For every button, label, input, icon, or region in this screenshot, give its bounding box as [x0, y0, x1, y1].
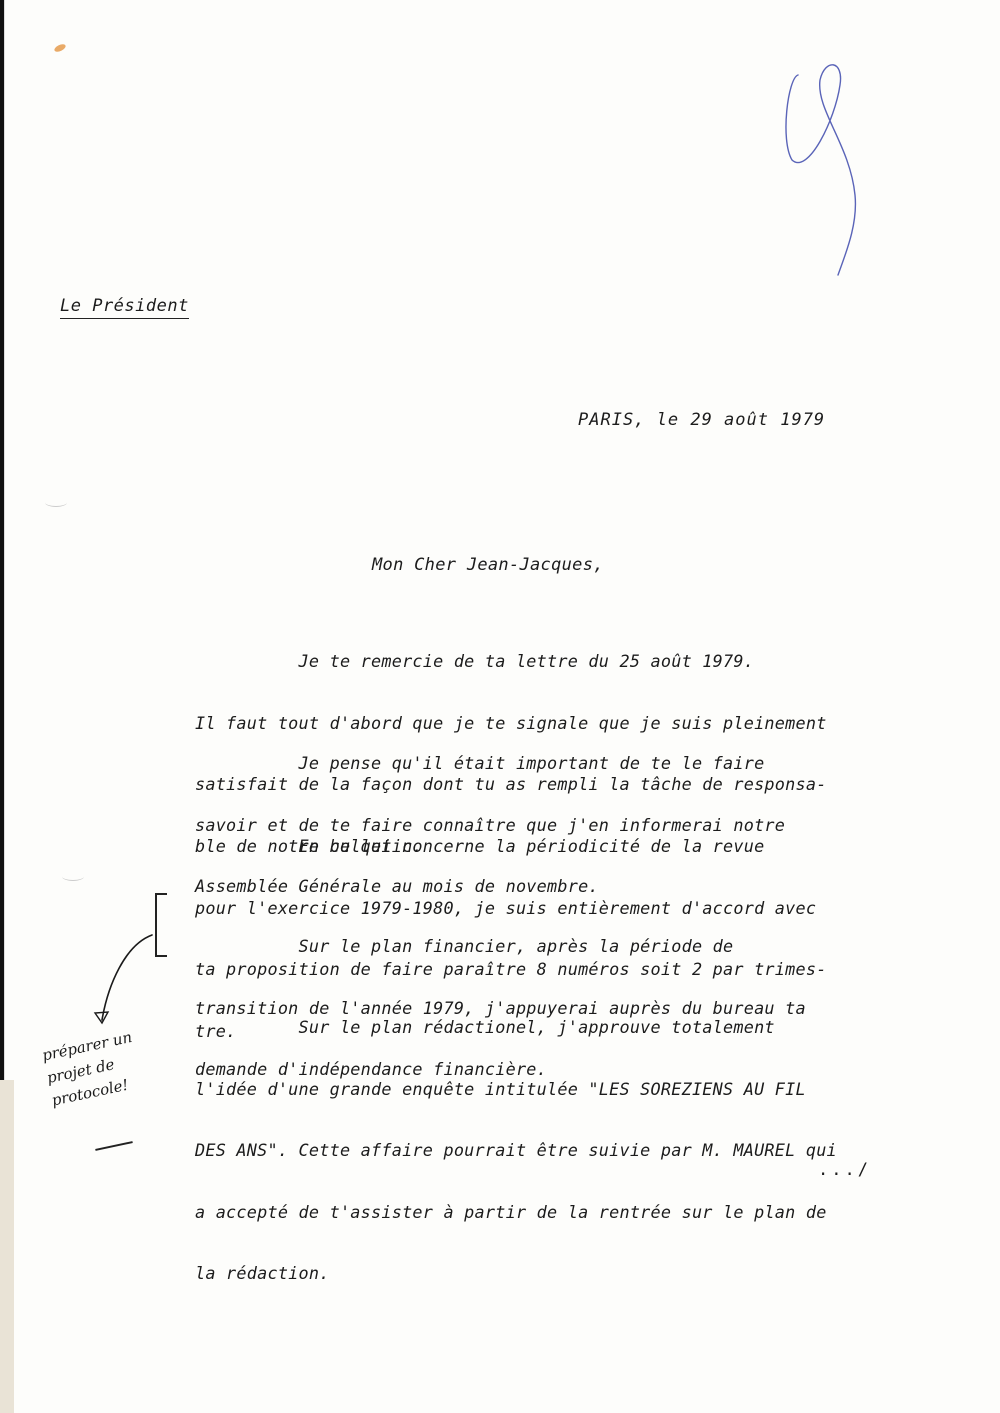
- scan-edge-left-lower: [0, 1080, 14, 1413]
- sender-title: Le Président: [60, 296, 189, 319]
- handwritten-margin-note: préparer un projet de protocole!: [40, 1026, 144, 1113]
- text-line: En ce qui concerne la périodicité de la …: [195, 836, 935, 857]
- text-line: l'idée d'une grande enquête intitulée "L…: [195, 1079, 935, 1100]
- text-line: la rédaction.: [195, 1263, 935, 1284]
- text-line: DES ANS". Cette affaire pourrait être su…: [195, 1140, 935, 1161]
- paragraph-5: Sur le plan rédactionel, j'approuve tota…: [195, 976, 935, 1325]
- text-line: Sur le plan rédactionel, j'approuve tota…: [195, 1017, 935, 1038]
- punch-hole-mark: [62, 872, 84, 881]
- handwritten-arrow-icon: [80, 915, 180, 1025]
- text-line: Sur le plan financier, après la période …: [195, 936, 935, 957]
- letter-page: Le Président PARIS, le 29 août 1979 Mon …: [0, 0, 1000, 1413]
- dateline: PARIS, le 29 août 1979: [578, 410, 825, 430]
- handwritten-initials-icon: [780, 50, 880, 280]
- text-line: a accepté de t'assister à partir de la r…: [195, 1202, 935, 1223]
- text-line: Je te remercie de ta lettre du 25 août 1…: [195, 651, 935, 672]
- continuation-mark: .../: [818, 1160, 871, 1180]
- text-line: Je pense qu'il était important de te le …: [195, 753, 935, 774]
- salutation: Mon Cher Jean-Jacques,: [372, 555, 604, 575]
- paper-stain: [53, 43, 66, 54]
- punch-hole-mark: [45, 498, 67, 507]
- note-underline: [95, 1141, 133, 1151]
